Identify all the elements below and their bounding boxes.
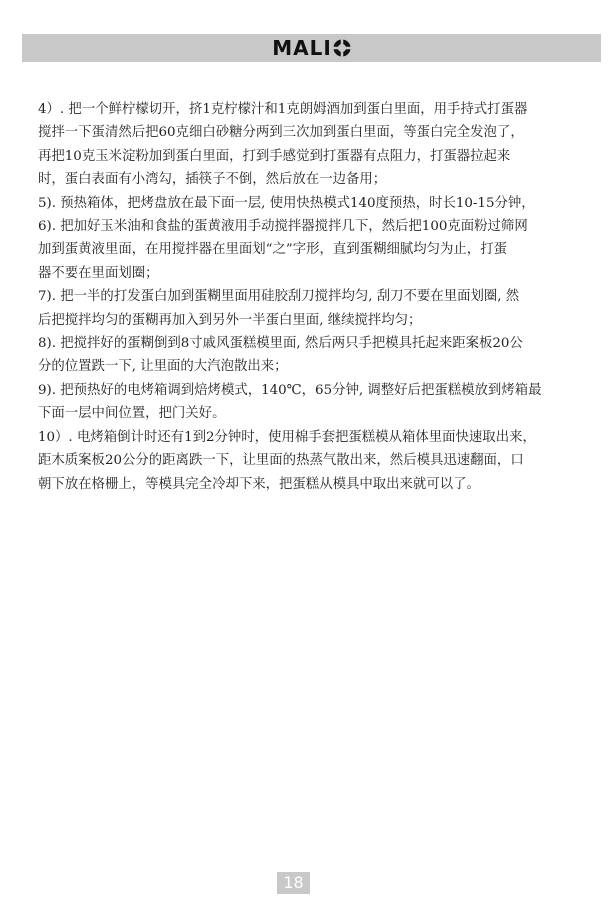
header-bar: MALI [22, 34, 601, 62]
text-line: 再把10克玉米淀粉加到蛋白里面，打到手感觉到打蛋器有点阻力，打蛋器拉起来 [38, 145, 568, 168]
text-line: 5). 预热箱体，把烤盘放在最下面一层, 使用快热模式140度预热，时长10-1… [38, 192, 568, 215]
text-line: 10）. 电烤箱倒计时还有1到2分钟时，使用棉手套把蛋糕模从箱体里面快速取出来， [38, 426, 568, 449]
text-line: 4）. 把一个鲜柠檬切开，挤1克柠檬汁和1克朗姆酒加到蛋白里面，用手持式打蛋器 [38, 98, 568, 121]
text-line: 距木质案板20公分的距离跌一下，让里面的热蒸气散出来，然后模具迅速翻面，口 [38, 449, 568, 472]
brand-logo-text: MALI [272, 38, 332, 58]
text-line: 器不要在里面划圈； [38, 262, 568, 285]
recipe-instructions: 4）. 把一个鲜柠檬切开，挤1克柠檬汁和1克朗姆酒加到蛋白里面，用手持式打蛋器 … [38, 98, 568, 496]
text-line: 9). 把预热好的电烤箱调到焙烤模式，140℃，65分钟, 调整好后把蛋糕模放到… [38, 379, 568, 402]
text-line: 朝下放在格栅上，等模具完全冷却下来，把蛋糕从模具中取出来就可以了。 [38, 473, 568, 496]
text-line: 后把搅拌均匀的蛋糊再加入到另外一半蛋白里面, 继续搅拌均匀； [38, 309, 568, 332]
text-line: 7). 把一半的打发蛋白加到蛋糊里面用硅胶刮刀搅拌均匀, 刮刀不要在里面划圈, … [38, 285, 568, 308]
text-line: 分的位置跌一下, 让里面的大汽泡散出来； [38, 355, 568, 378]
brand-logo: MALI [272, 38, 351, 58]
page-number: 18 [277, 872, 310, 894]
text-line: 下面一层中间位置，把门关好。 [38, 402, 568, 425]
text-line: 时，蛋白表面有小湾勾，插筷子不倒，然后放在一边备用； [38, 168, 568, 191]
text-line: 6). 把加好玉米油和食盐的蛋黄液用手动搅拌器搅拌几下，然后把100克面粉过筛网 [38, 215, 568, 238]
text-line: 搅拌一下蛋清然后把60克细白砂糖分两到三次加到蛋白里面，等蛋白完全发泡了， [38, 121, 568, 144]
brand-logo-o-icon [333, 39, 351, 57]
text-line: 8). 把搅拌好的蛋糊倒到8寸戚风蛋糕模里面, 然后两只手把模具托起来距案板20… [38, 332, 568, 355]
text-line: 加到蛋黄液里面，在用搅拌器在里面划“之”字形，直到蛋糊细腻均匀为止，打蛋 [38, 238, 568, 261]
